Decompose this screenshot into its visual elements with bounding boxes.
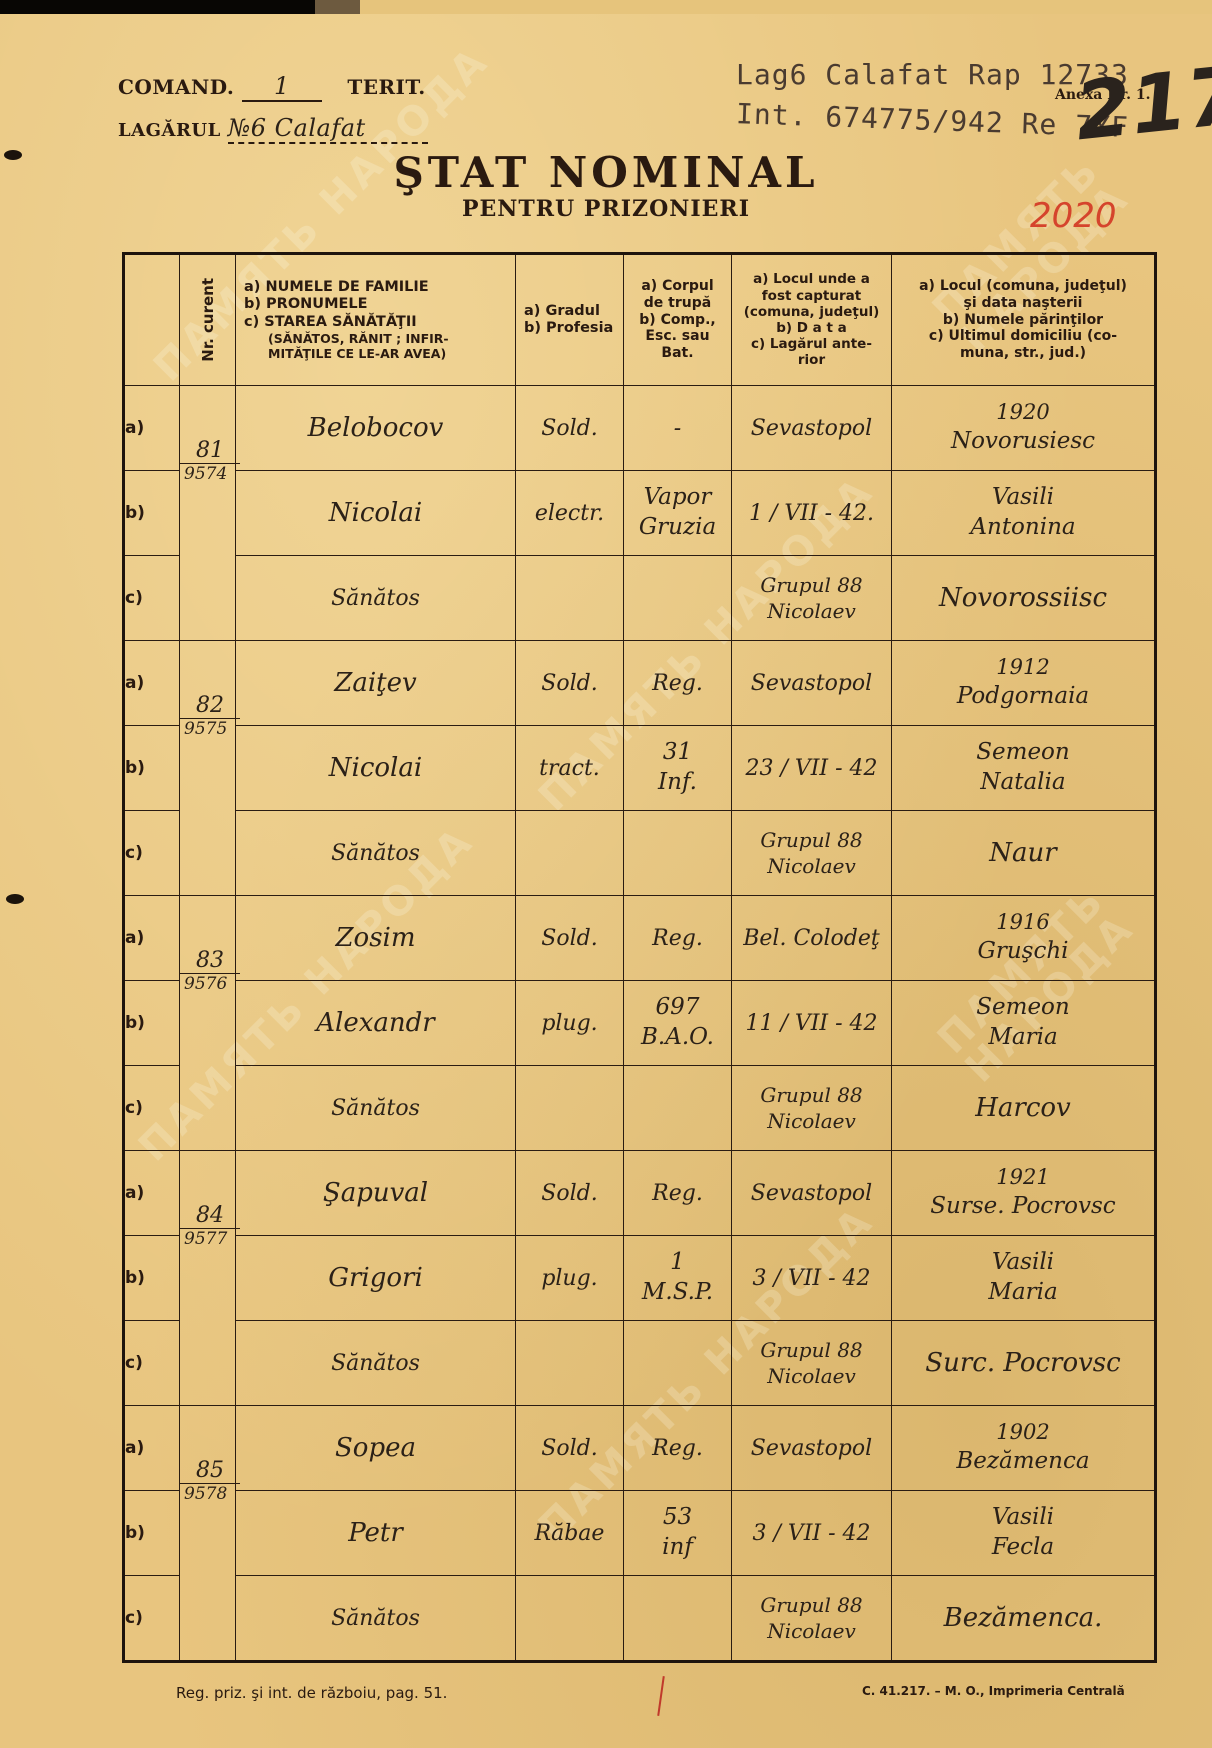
first-name: Alexandr: [236, 981, 516, 1066]
empty-cell: [516, 1321, 624, 1406]
surname: Belobocov: [236, 386, 516, 471]
table-row: a)829575ZaiţevSold.Reg.Sevastopol1912Pod…: [124, 641, 1156, 726]
header-rank: a) Gradul b) Profesia: [516, 254, 624, 386]
profession: tract.: [516, 726, 624, 811]
lagar-value: №6 Calafat: [228, 114, 428, 144]
header-nr: Nr. curent: [180, 254, 236, 386]
record-number: 819574: [180, 386, 236, 641]
table-row: b)Grigoriplug.1M.S.P.3 / VII - 42VasiliM…: [124, 1236, 1156, 1321]
table-row: b)PetrRăbae53inf3 / VII - 42VasiliFecla: [124, 1491, 1156, 1576]
rank: Sold.: [516, 896, 624, 981]
surname: Şapuval: [236, 1151, 516, 1236]
table-row: c)SănătosGrupul 88NicolaevSurc. Pocrovsc: [124, 1321, 1156, 1406]
capture-place: Sevastopol: [732, 1406, 892, 1491]
row-label-b: b): [124, 726, 180, 811]
scan-gray-edge: [315, 0, 360, 14]
profession: plug.: [516, 981, 624, 1066]
profession: plug.: [516, 1236, 624, 1321]
header-unit: a) Corpul de trupă b) Comp., Esc. sau Ba…: [624, 254, 732, 386]
document-page: ПАМЯТЬ НАРОДА ПАМЯТЬ НАРОДА ПАМЯТЬ НАРОД…: [0, 14, 1212, 1748]
profession: electr.: [516, 471, 624, 556]
stamp-line-2: Int. 674775/942 Re 7YF: [736, 97, 1130, 144]
row-label-b: b): [124, 1236, 180, 1321]
unit-company: 31Inf.: [624, 726, 732, 811]
unit-corps: Reg.: [624, 896, 732, 981]
comand-value: 1: [242, 72, 322, 102]
terit-label: TERIT.: [347, 75, 425, 99]
unit-company: 1M.S.P.: [624, 1236, 732, 1321]
unit-corps: Reg.: [624, 641, 732, 726]
comand-label: COMAND.: [118, 75, 234, 99]
empty-cell: [624, 556, 732, 641]
health-status: Sănătos: [236, 556, 516, 641]
surname: Sopea: [236, 1406, 516, 1491]
row-label-a: a): [124, 641, 180, 726]
row-label-c: c): [124, 1321, 180, 1406]
birth-place: 1912Podgornaia: [892, 641, 1156, 726]
page-title: ŞTAT NOMINAL: [0, 148, 1212, 197]
health-status: Sănătos: [236, 1576, 516, 1662]
last-domicile: Naur: [892, 811, 1156, 896]
empty-cell: [516, 1576, 624, 1662]
empty-cell: [516, 1066, 624, 1151]
health-status: Sănătos: [236, 1066, 516, 1151]
parents: VasiliMaria: [892, 1236, 1156, 1321]
capture-date: 3 / VII - 42: [732, 1491, 892, 1576]
previous-camp: Grupul 88Nicolaev: [732, 556, 892, 641]
row-label-c: c): [124, 556, 180, 641]
birth-place: 1920Novorusiesc: [892, 386, 1156, 471]
parents: VasiliFecla: [892, 1491, 1156, 1576]
unit-company: 697B.A.O.: [624, 981, 732, 1066]
rank: Sold.: [516, 1151, 624, 1236]
record-number: 859578: [180, 1406, 236, 1662]
health-status: Sănătos: [236, 811, 516, 896]
footer-right: C. 41.217. – M. O., Imprimeria Centrală: [862, 1684, 1125, 1698]
last-domicile: Bezămenca.: [892, 1576, 1156, 1662]
unit-corps: Reg.: [624, 1406, 732, 1491]
capture-date: 1 / VII - 42.: [732, 471, 892, 556]
capture-place: Sevastopol: [732, 1151, 892, 1236]
parents: VasiliAntonina: [892, 471, 1156, 556]
table-row: a)859578SopeaSold.Reg.Sevastopol1902Beză…: [124, 1406, 1156, 1491]
row-label-c: c): [124, 1066, 180, 1151]
birth-place: 1921Surse. Pocrovsc: [892, 1151, 1156, 1236]
unit-company: 53inf: [624, 1491, 732, 1576]
row-label-a: a): [124, 1406, 180, 1491]
empty-cell: [624, 1321, 732, 1406]
previous-camp: Grupul 88Nicolaev: [732, 1576, 892, 1662]
unit-corps: -: [624, 386, 732, 471]
first-name: Grigori: [236, 1236, 516, 1321]
table-row: a)819574BelobocovSold.-Sevastopol1920Nov…: [124, 386, 1156, 471]
last-domicile: Novorossiisc: [892, 556, 1156, 641]
table-row: b)Nicolaielectr.VaporGruzia1 / VII - 42.…: [124, 471, 1156, 556]
table-row: a)849577ŞapuvalSold.Reg.Sevastopol1921Su…: [124, 1151, 1156, 1236]
table-header-row: Nr. curent a) NUMELE DE FAMILIE b) PRONU…: [124, 254, 1156, 386]
health-status: Sănătos: [236, 1321, 516, 1406]
profession: Răbae: [516, 1491, 624, 1576]
previous-camp: Grupul 88Nicolaev: [732, 1321, 892, 1406]
row-label-a: a): [124, 1151, 180, 1236]
parents: SemeonMaria: [892, 981, 1156, 1066]
lagar-field: LAGĂRUL №6 Calafat: [118, 114, 428, 144]
rank: Sold.: [516, 386, 624, 471]
row-label-a: a): [124, 386, 180, 471]
table-row: c)SănătosGrupul 88NicolaevNovorossiisc: [124, 556, 1156, 641]
last-domicile: Surc. Pocrovsc: [892, 1321, 1156, 1406]
first-name: Petr: [236, 1491, 516, 1576]
capture-place: Sevastopol: [732, 386, 892, 471]
row-label-c: c): [124, 1576, 180, 1662]
prisoner-table: Nr. curent a) NUMELE DE FAMILIE b) PRONU…: [122, 252, 1157, 1663]
empty-cell: [624, 811, 732, 896]
empty-cell: [624, 1576, 732, 1662]
surname: Zosim: [236, 896, 516, 981]
last-domicile: Harcov: [892, 1066, 1156, 1151]
page-subtitle: PENTRU PRIZONIERI: [0, 196, 1212, 222]
capture-date: 23 / VII - 42: [732, 726, 892, 811]
empty-cell: [516, 556, 624, 641]
header-names: a) NUMELE DE FAMILIE b) PRONUMELE c) STA…: [236, 254, 516, 386]
birth-place: 1902Bezămenca: [892, 1406, 1156, 1491]
surname: Zaiţev: [236, 641, 516, 726]
record-number: 849577: [180, 1151, 236, 1406]
header-label-col: [124, 254, 180, 386]
empty-cell: [516, 811, 624, 896]
capture-date: 11 / VII - 42: [732, 981, 892, 1066]
header-birth: a) Locul (comuna, judeţul) şi data naşte…: [892, 254, 1156, 386]
footer-left: Reg. priz. şi int. de războiu, pag. 51.: [176, 1684, 447, 1702]
record-number: 829575: [180, 641, 236, 896]
previous-camp: Grupul 88Nicolaev: [732, 1066, 892, 1151]
table-row: c)SănătosGrupul 88NicolaevNaur: [124, 811, 1156, 896]
table-row: a)839576ZosimSold.Reg.Bel. Colodeţ1916Gr…: [124, 896, 1156, 981]
capture-place: Sevastopol: [732, 641, 892, 726]
record-number: 839576: [180, 896, 236, 1151]
unit-company: VaporGruzia: [624, 471, 732, 556]
punch-hole: [6, 894, 24, 904]
parents: SemeonNatalia: [892, 726, 1156, 811]
first-name: Nicolai: [236, 471, 516, 556]
row-label-b: b): [124, 471, 180, 556]
table-row: b)Nicolaitract.31Inf.23 / VII - 42Semeon…: [124, 726, 1156, 811]
rank: Sold.: [516, 1406, 624, 1491]
unit-corps: Reg.: [624, 1151, 732, 1236]
table-row: c)SănătosGrupul 88NicolaevBezămenca.: [124, 1576, 1156, 1662]
empty-cell: [624, 1066, 732, 1151]
table-row: b)Alexandrplug.697B.A.O.11 / VII - 42Sem…: [124, 981, 1156, 1066]
comand-field: COMAND. 1 TERIT.: [118, 72, 426, 102]
red-check-mark: [657, 1676, 665, 1716]
row-label-c: c): [124, 811, 180, 896]
capture-place: Bel. Colodeţ: [732, 896, 892, 981]
previous-camp: Grupul 88Nicolaev: [732, 811, 892, 896]
capture-date: 3 / VII - 42: [732, 1236, 892, 1321]
row-label-b: b): [124, 981, 180, 1066]
rank: Sold.: [516, 641, 624, 726]
row-label-a: a): [124, 896, 180, 981]
first-name: Nicolai: [236, 726, 516, 811]
row-label-b: b): [124, 1491, 180, 1576]
header-capture: a) Locul unde a fost capturat (comuna, j…: [732, 254, 892, 386]
table-row: c)SănătosGrupul 88NicolaevHarcov: [124, 1066, 1156, 1151]
lagar-label: LAGĂRUL: [118, 120, 221, 141]
birth-place: 1916Gruşchi: [892, 896, 1156, 981]
